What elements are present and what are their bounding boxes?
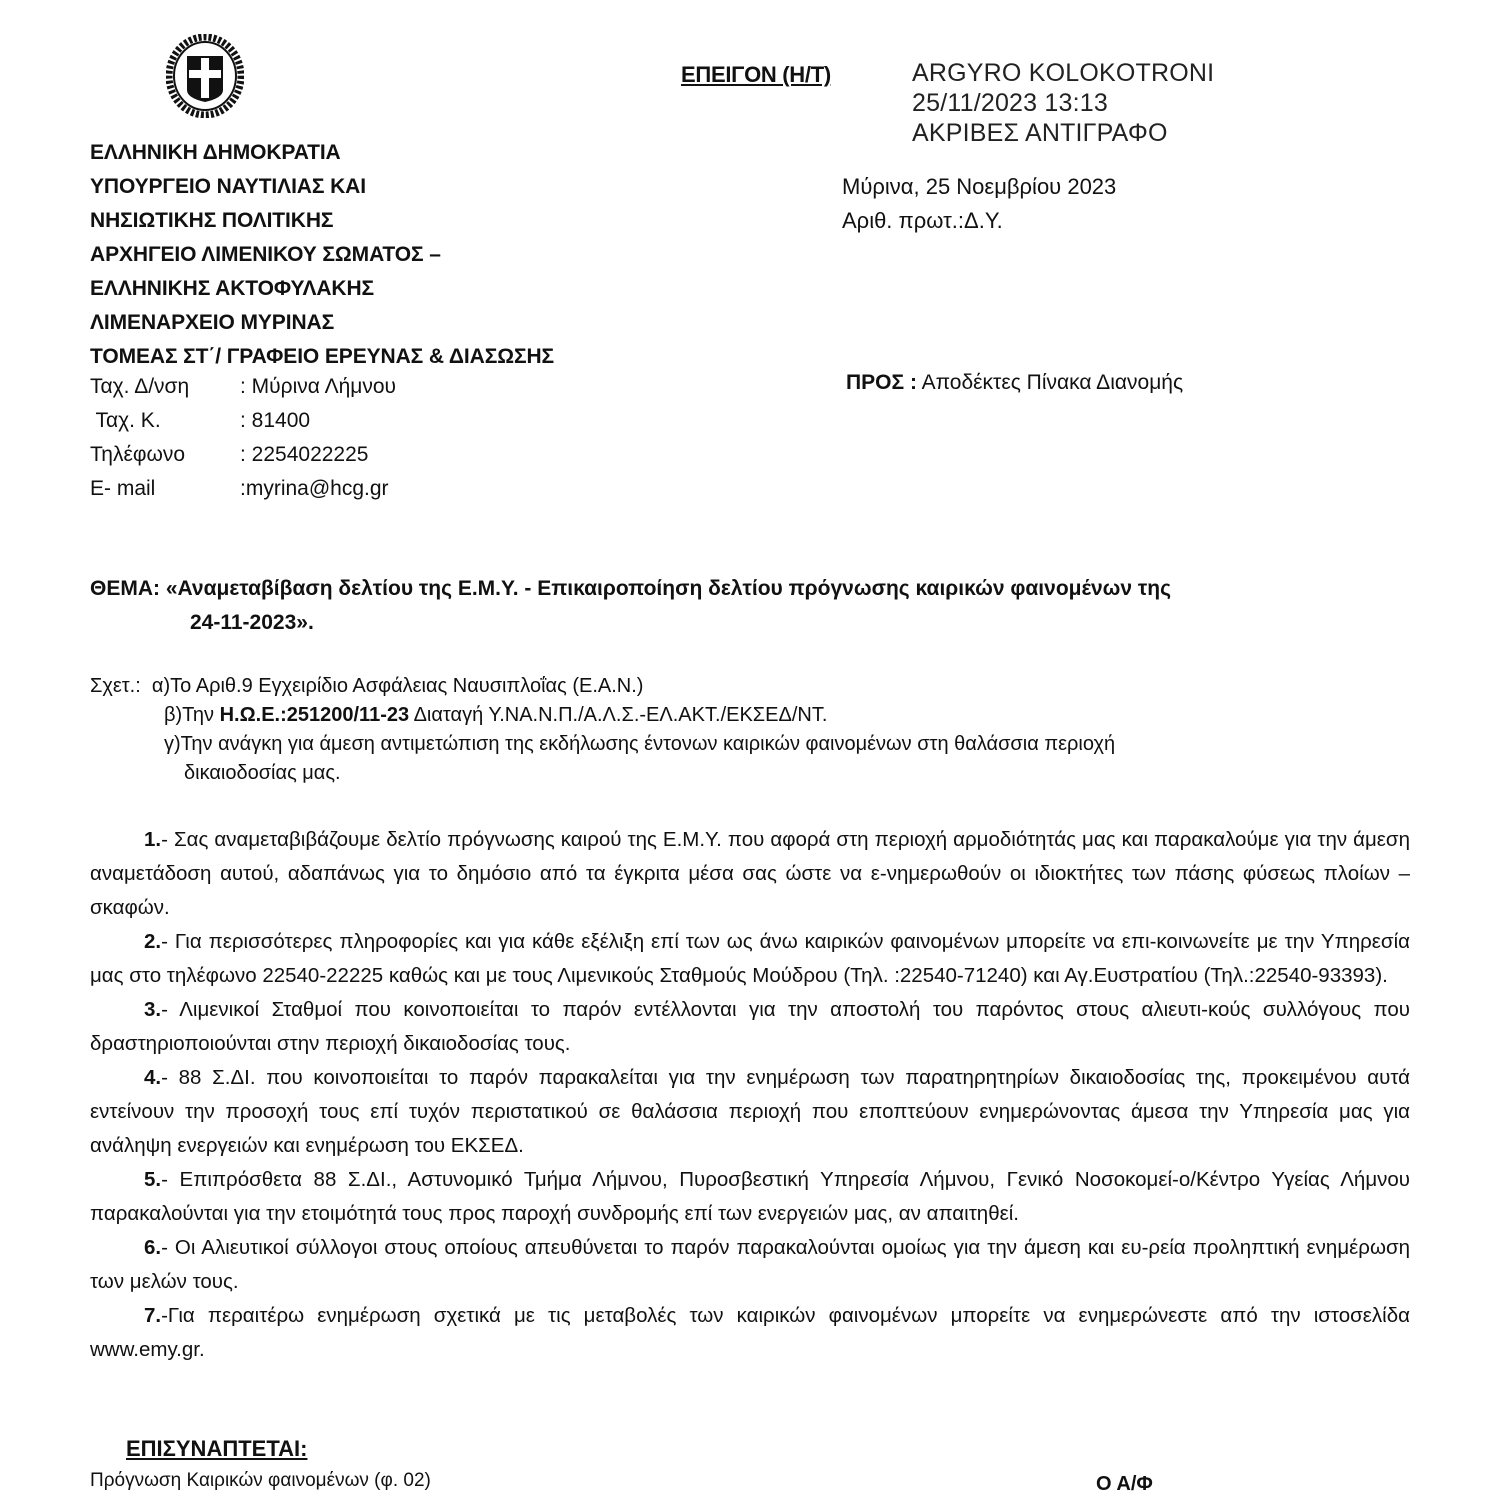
contact-row-postcode: Ταχ. Κ. : 81400: [90, 404, 396, 438]
references-label: Σχετ.:: [90, 675, 141, 697]
paragraph-6: 6.- Οι Αλιευτικοί σύλλογοι στους οποίους…: [90, 1231, 1410, 1299]
stamp-signer: ARGYRO KOLOKOTRONI: [912, 58, 1214, 88]
order-number: Η.Ω.Ε.:251200/11-23: [220, 704, 410, 726]
paragraph-1: 1.- Σας αναμεταβιβάζουμε δελτίο πρόγνωση…: [90, 823, 1410, 925]
place-date: Μύρινα, 25 Νοεμβρίου 2023: [842, 170, 1116, 204]
paragraph-5: 5.- Επιπρόσθετα 88 Σ.ΔΙ., Αστυνομικό Τμή…: [90, 1163, 1410, 1231]
attachments-heading: ΕΠΙΣΥΝΑΠΤΕΤΑΙ:: [126, 1436, 307, 1462]
protocol-number: Αριθ. πρωτ.:Δ.Υ.: [842, 204, 1116, 238]
digital-signature-stamp: ARGYRO KOLOKOTRONI 25/11/2023 13:13 ΑΚΡΙ…: [912, 58, 1214, 148]
sender-block: ΕΛΛΗΝΙΚΗ ΔΗΜΟΚΡΑΤΙΑ ΥΠΟΥΡΓΕΙΟ ΝΑΥΤΙΛΙΑΣ …: [90, 136, 554, 374]
contact-row-address: Ταχ. Δ/νση : Μύρινα Λήμνου: [90, 370, 396, 404]
reference-c-continued: δικαιοδοσίας μας.: [90, 759, 1115, 788]
sender-line: ΝΗΣΙΩΤΙΚΗΣ ΠΟΛΙΤΙΚΗΣ: [90, 204, 554, 238]
sender-line: ΕΛΛΗΝΙΚΗΣ ΑΚΤΟΦΥΛΑΚΗΣ: [90, 272, 554, 306]
recipient-value: Αποδέκτες Πίνακα Διανομής: [917, 371, 1183, 394]
urgency-label: ΕΠΕΙΓΟΝ (Η/Τ): [681, 62, 831, 88]
signoff: Ο Α/Φ: [1096, 1473, 1153, 1496]
references: Σχετ.: α)Το Αριθ.9 Εγχειρίδιο Ασφάλειας …: [90, 672, 1115, 788]
contact-label: Ταχ. Κ.: [90, 404, 240, 438]
contact-email[interactable]: :myrina@hcg.gr: [240, 472, 389, 506]
reference-b: β)Την Η.Ω.Ε.:251200/11-23 Διαταγή Υ.ΝΑ.Ν…: [90, 701, 1115, 730]
paragraph-4: 4.- 88 Σ.ΔΙ. που κοινοποιείται το παρόν …: [90, 1061, 1410, 1163]
contact-value: : Μύρινα Λήμνου: [240, 370, 396, 404]
subject-line: 24-11-2023».: [90, 606, 1171, 640]
contact-label: E- mail: [90, 472, 240, 506]
reference-c: γ)Την ανάγκη για άμεση αντιμετώπιση της …: [90, 730, 1115, 759]
recipient-block: ΠΡΟΣ : Αποδέκτες Πίνακα Διανομής: [846, 371, 1183, 395]
greek-coat-of-arms-icon: [166, 34, 244, 118]
place-and-date-block: Μύρινα, 25 Νοεμβρίου 2023 Αριθ. πρωτ.:Δ.…: [842, 170, 1116, 238]
contact-label: Τηλέφωνο: [90, 438, 240, 472]
contact-value: : 2254022225: [240, 438, 368, 472]
sender-line: ΕΛΛΗΝΙΚΗ ΔΗΜΟΚΡΑΤΙΑ: [90, 136, 554, 170]
sender-line: ΛΙΜΕΝΑΡΧΕΙΟ ΜΥΡΙΝΑΣ: [90, 306, 554, 340]
sender-line: ΤΟΜΕΑΣ ΣΤ΄/ ΓΡΑΦΕΙΟ ΕΡΕΥΝΑΣ & ΔΙΑΣΩΣΗΣ: [90, 340, 554, 374]
contact-value: : 81400: [240, 404, 310, 438]
paragraph-3: 3.- Λιμενικοί Σταθμοί που κοινοποιείται …: [90, 993, 1410, 1061]
subject: ΘΕΜΑ: «Αναμεταβίβαση δελτίου της Ε.Μ.Υ. …: [90, 572, 1171, 640]
sender-line: ΥΠΟΥΡΓΕΙΟ ΝΑΥΤΙΛΙΑΣ ΚΑΙ: [90, 170, 554, 204]
sender-line: ΑΡΧΗΓΕΙΟ ΛΙΜΕΝΙΚΟΥ ΣΩΜΑΤΟΣ –: [90, 238, 554, 272]
document-body: 1.- Σας αναμεταβιβάζουμε δελτίο πρόγνωση…: [90, 823, 1410, 1367]
contact-row-phone: Τηλέφωνο : 2254022225: [90, 438, 396, 472]
stamp-datetime: 25/11/2023 13:13: [912, 88, 1214, 118]
reference-a: α)Το Αριθ.9 Εγχειρίδιο Ασφάλειας Ναυσιπλ…: [152, 675, 644, 697]
contact-label: Ταχ. Δ/νση: [90, 370, 240, 404]
paragraph-7: 7.-Για περαιτέρω ενημέρωση σχετικά με τι…: [90, 1299, 1410, 1367]
contact-details: Ταχ. Δ/νση : Μύρινα Λήμνου Ταχ. Κ. : 814…: [90, 370, 396, 506]
paragraph-2: 2.- Για περισσότερες πληροφορίες και για…: [90, 925, 1410, 993]
stamp-note: ΑΚΡΙΒΕΣ ΑΝΤΙΓΡΑΦΟ: [912, 118, 1214, 148]
recipient-label: ΠΡΟΣ :: [846, 371, 917, 394]
attachment-item[interactable]: Πρόγνωση Καιρικών φαινομένων (φ. 02): [90, 1470, 431, 1492]
contact-row-email: E- mail :myrina@hcg.gr: [90, 472, 396, 506]
subject-line: ΘΕΜΑ: «Αναμεταβίβαση δελτίου της Ε.Μ.Υ. …: [90, 572, 1171, 606]
